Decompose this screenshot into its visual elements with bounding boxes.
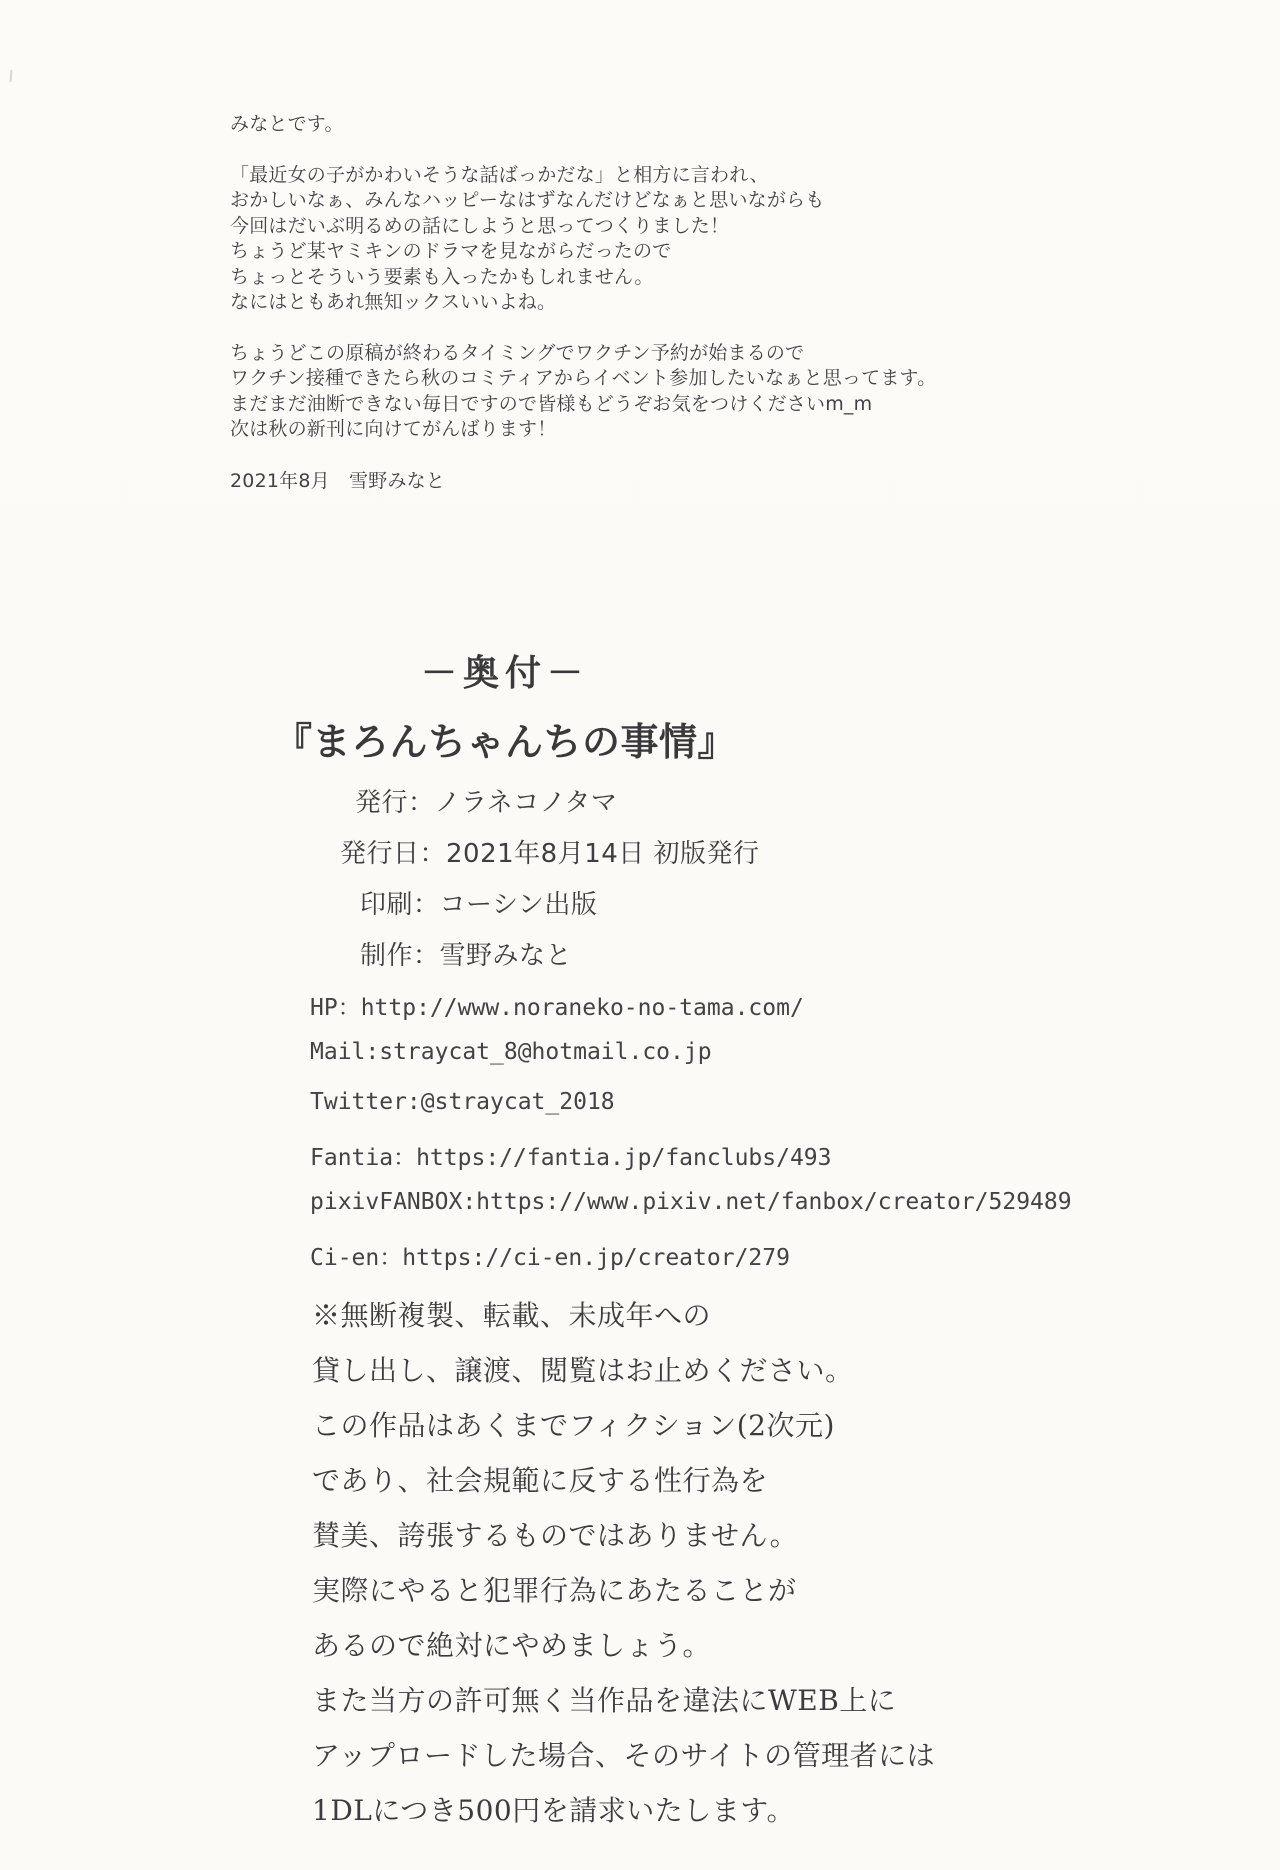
disclaimer-line: であり、社会規範に反する性行為を: [312, 1453, 935, 1508]
colophon-section-title: －奥付－: [0, 645, 1010, 696]
disclaimer-section: ※無断複製、転載、未成年への 貸し出し、譲渡、閲覧はお止めください。 この作品は…: [312, 1288, 935, 1838]
disclaimer-line: 賛美、誇張するものではありません。: [312, 1508, 935, 1563]
pixiv-fanbox-url: pixivFANBOX:https://www.pixiv.net/fanbox…: [310, 1186, 1072, 1236]
homepage-url: HP：http://www.noraneko-no-tama.com/: [310, 986, 1072, 1036]
disclaimer-line: 1DLにつき500円を請求いたします。: [312, 1783, 935, 1838]
publisher-line: 発行：ノラネコノタマ: [310, 782, 1072, 833]
afterword-line: ワクチン接種できたら秋のコミティアからイベント参加したいなぁと思ってます。: [230, 366, 936, 392]
afterword-line: ちょうど某ヤミキンのドラマを見ながらだったので: [230, 239, 936, 265]
publication-info: 発行：ノラネコノタマ 発行日：2021年8月14日 初版発行 印刷：コーシン出版…: [310, 782, 1072, 1286]
disclaimer-line: 貸し出し、譲渡、閲覧はお止めください。: [312, 1343, 935, 1398]
afterword-section: みなとです。 「最近女の子がかわいそうな話ばっかだな」と相方に言われ、 おかしい…: [230, 112, 936, 494]
mail-address: Mail:straycat_8@hotmail.co.jp: [310, 1036, 1072, 1086]
disclaimer-line: また当方の許可無く当作品を違法にWEB上に: [312, 1673, 935, 1728]
publish-date-line: 発行日：2021年8月14日 初版発行: [310, 833, 1072, 884]
afterword-paragraph-1: 「最近女の子がかわいそうな話ばっかだな」と相方に言われ、 おかしいなぁ、みんなハ…: [230, 163, 936, 316]
colophon-header: －奥付－ 『まろんちゃんちの事情』: [0, 645, 1010, 766]
afterword-line: 「最近女の子がかわいそうな話ばっかだな」と相方に言われ、: [230, 163, 936, 189]
disclaimer-line: あるので絶対にやめましょう。: [312, 1618, 935, 1673]
afterword-line: 今回はだいぶ明るめの話にしようと思ってつくりました！: [230, 214, 936, 240]
afterword-greeting: みなとです。: [230, 112, 936, 138]
scanned-colophon-page: みなとです。 「最近女の子がかわいそうな話ばっかだな」と相方に言われ、 おかしい…: [0, 0, 1280, 1870]
afterword-signature: 2021年8月 雪野みなと: [230, 469, 936, 495]
fantia-url: Fantia：https://fantia.jp/fanclubs/493: [310, 1136, 1072, 1186]
scan-artifact: [10, 70, 13, 82]
disclaimer-line: ※無断複製、転載、未成年への: [312, 1288, 935, 1343]
afterword-line: まだまだ油断できない毎日ですので皆様もどうぞお気をつけくださいm_m: [230, 392, 936, 418]
disclaimer-line: 実際にやると犯罪行為にあたることが: [312, 1563, 935, 1618]
afterword-line: なにはともあれ無知ックスいいよね。: [230, 290, 936, 316]
book-title: 『まろんちゃんちの事情』: [0, 711, 1010, 766]
maker-line: 制作：雪野みなと: [310, 935, 1072, 986]
afterword-line: おかしいなぁ、みんなハッピーなはずなんだけどなぁと思いながらも: [230, 188, 936, 214]
printer-line: 印刷：コーシン出版: [310, 884, 1072, 935]
afterword-paragraph-2: ちょうどこの原稿が終わるタイミングでワクチン予約が始まるので ワクチン接種できた…: [230, 341, 936, 443]
disclaimer-line: アップロードした場合、そのサイトの管理者には: [312, 1728, 935, 1783]
ci-en-url: Ci-en：https://ci-en.jp/creator/279: [310, 1236, 1072, 1286]
afterword-line: ちょうどこの原稿が終わるタイミングでワクチン予約が始まるので: [230, 341, 936, 367]
disclaimer-line: この作品はあくまでフィクション(2次元): [312, 1398, 935, 1453]
afterword-line: 次は秋の新刊に向けてがんばります！: [230, 417, 936, 443]
twitter-handle: Twitter:@straycat_2018: [310, 1086, 1072, 1136]
afterword-line: ちょっとそういう要素も入ったかもしれません。: [230, 265, 936, 291]
